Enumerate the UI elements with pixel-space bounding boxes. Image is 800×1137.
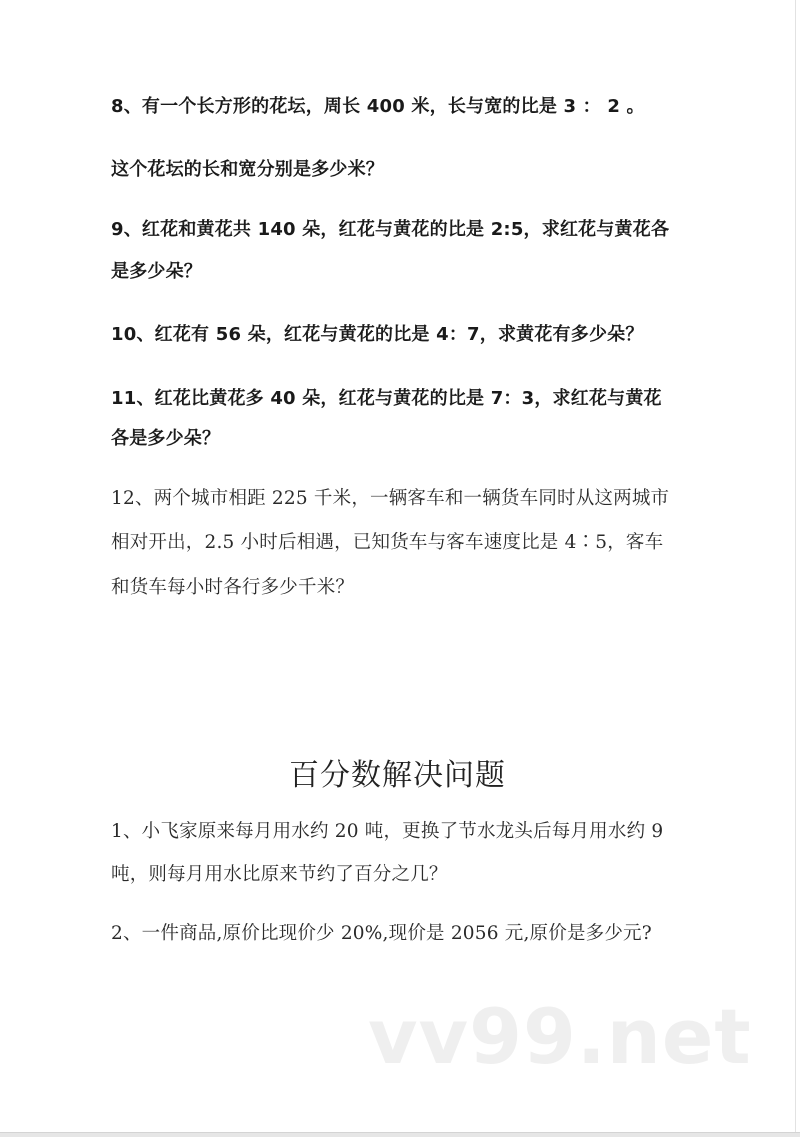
- document-page: 8、有一个长方形的花坛，周长 400 米，长与宽的比是 3 ： 2 。 这个花坛…: [0, 0, 796, 1132]
- percent-problem-1-line-1: 1、小飞家原来每月用水约 20 吨，更换了节水龙头后每月用水约 9: [111, 817, 663, 843]
- problem-8-line-1: 8、有一个长方形的花坛，周长 400 米，长与宽的比是 3 ： 2 。: [111, 92, 645, 118]
- problem-12-line-1: 12、两个城市相距 225 千米，一辆客车和一辆货车同时从这两城市: [111, 484, 669, 510]
- problem-8-line-2: 这个花坛的长和宽分别是多少米？: [111, 155, 384, 181]
- problem-12-line-3: 和货车每小时各行多少千米？: [111, 573, 354, 599]
- problem-10-line-1: 10、红花有 56 朵，红花与黄花的比是 4：7，求黄花有多少朵？: [111, 320, 644, 346]
- problem-9-line-1: 9、红花和黄花共 140 朵，红花与黄花的比是 2:5，求红花与黄花各: [111, 215, 669, 241]
- section-title: 百分数解决问题: [0, 750, 795, 794]
- percent-problem-2-line-1: 2、一件商品,原价比现价少 20%,现价是 2056 元,原价是多少元?: [111, 919, 652, 945]
- problem-12-line-2: 相对开出，2.5 小时后相遇，已知货车与客车速度比是 4∶5，客车: [111, 528, 663, 554]
- problem-9-line-2: 是多少朵？: [111, 257, 202, 283]
- problem-11-line-2: 各是多少朵？: [111, 424, 220, 450]
- watermark: vv99.net: [368, 992, 752, 1081]
- problem-11-line-1: 11、红花比黄花多 40 朵，红花与黄花的比是 7：3，求红花与黄花: [111, 384, 662, 410]
- page-bottom-edge: [0, 1132, 800, 1137]
- percent-problem-1-line-2: 吨，则每月用水比原来节约了百分之几？: [111, 860, 448, 886]
